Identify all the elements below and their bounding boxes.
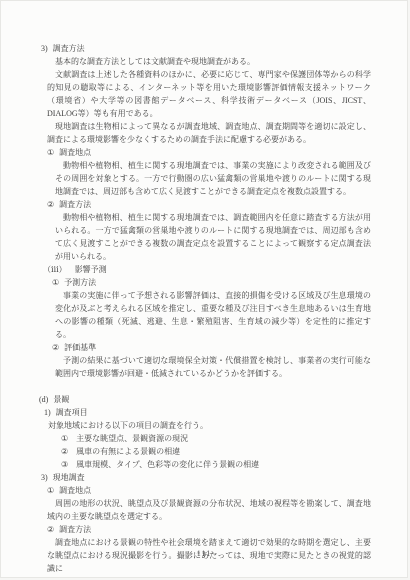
- subsection-heading: 1)調査項目: [44, 406, 371, 419]
- paragraph: 周囲の地形の状況、眺望点及び景観資源の分布状況、地域の視程等を勘案して、調査地域…: [47, 497, 371, 523]
- subsection-title: 調査方法: [59, 200, 91, 209]
- subsection-title: 現地調査: [53, 473, 85, 482]
- subsection-title: 予測方法: [64, 278, 96, 287]
- subsection-heading: ②調査方法: [47, 523, 371, 536]
- section-marker: 3): [41, 44, 48, 53]
- paragraph: 対象地域における以下の項目の調査を行う。: [48, 419, 371, 432]
- subsection-title: 調査項目: [56, 408, 88, 417]
- list-marker: ③: [61, 460, 68, 469]
- paragraph: 事業の実施に伴って予想される影響評価は、直接的損傷を受ける区域及び生息環境の変化…: [55, 289, 371, 341]
- subsection-marker: 3): [41, 473, 48, 482]
- section-title: 調査方法: [53, 44, 85, 53]
- paragraph: 現地調査は生物相によって異なるが調査地域、調査地点、調査期間等を適切に設定し、調…: [47, 120, 371, 146]
- paragraph: 動物相や植物相、植生に関する現地調査では、事業の実施により改変される範囲及びその…: [55, 159, 371, 198]
- subsection-heading: ①予測方法: [52, 276, 371, 289]
- subsection-marker: ②: [47, 525, 54, 534]
- list-marker: ①: [61, 434, 68, 443]
- section-marker: （ⅲ）: [43, 265, 67, 274]
- list-text: 主要な眺望点、景観資源の現況: [76, 434, 188, 443]
- subsection-heading: 3)現地調査: [41, 471, 371, 484]
- subsection-heading: ②評価基準: [52, 341, 371, 354]
- page-content: 3)調査方法 基本的な調査方法としては文献調査や現地調査がある。 文献調査は上述…: [39, 42, 371, 575]
- section-title: 景観: [53, 395, 69, 404]
- subsection-heading: ①調査地点: [47, 146, 371, 159]
- subsection-heading: ②調査方法: [47, 198, 371, 211]
- paragraph: 基本的な調査方法としては文献調査や現地調査がある。: [47, 55, 371, 68]
- paragraph: 文献調査は上述した各種資料のほかに、必要に応じて、専門家や保護団体等からの科学的…: [47, 68, 371, 120]
- list-item: ①主要な眺望点、景観資源の現況: [61, 432, 371, 445]
- page-number: - 111 -: [1, 547, 407, 560]
- subsection-marker: ①: [47, 486, 54, 495]
- subsection-marker: 1): [44, 408, 51, 417]
- subsection-title: 評価基準: [64, 343, 96, 352]
- subsection-title: 調査方法: [59, 525, 91, 534]
- section-title: 影響予測: [75, 265, 107, 274]
- section-heading: (d)景観: [39, 393, 371, 406]
- list-text: 風車の有無による景観の相違: [76, 447, 180, 456]
- section-marker: (d): [39, 395, 48, 404]
- paragraph: 予測の結果に基づいて適切な環境保全対策・代償措置を検討し、事業者の実行可能な範囲…: [55, 354, 371, 380]
- subsection-marker: ②: [47, 200, 54, 209]
- document-page: 3)調査方法 基本的な調査方法としては文献調査や現地調査がある。 文献調査は上述…: [0, 0, 408, 578]
- subsection-marker: ②: [52, 343, 59, 352]
- list-text: 風車規模、タイプ、色彩等の変化に伴う景観の相違: [76, 460, 259, 469]
- subsection-heading: ①調査地点: [47, 484, 371, 497]
- list-item: ②風車の有無による景観の相違: [61, 445, 371, 458]
- list-item: ③風車規模、タイプ、色彩等の変化に伴う景観の相違: [61, 458, 371, 471]
- paragraph: 動物相や植物相、植生に関する現地調査では、調査範囲内を任意に踏査する方法が用いら…: [55, 211, 371, 263]
- subsection-title: 調査地点: [59, 148, 91, 157]
- section-heading: （ⅲ）影響予測: [43, 263, 371, 276]
- subsection-title: 調査地点: [59, 486, 91, 495]
- subsection-marker: ①: [52, 278, 59, 287]
- list-marker: ②: [61, 447, 68, 456]
- section-heading: 3)調査方法: [41, 42, 371, 55]
- subsection-marker: ①: [47, 148, 54, 157]
